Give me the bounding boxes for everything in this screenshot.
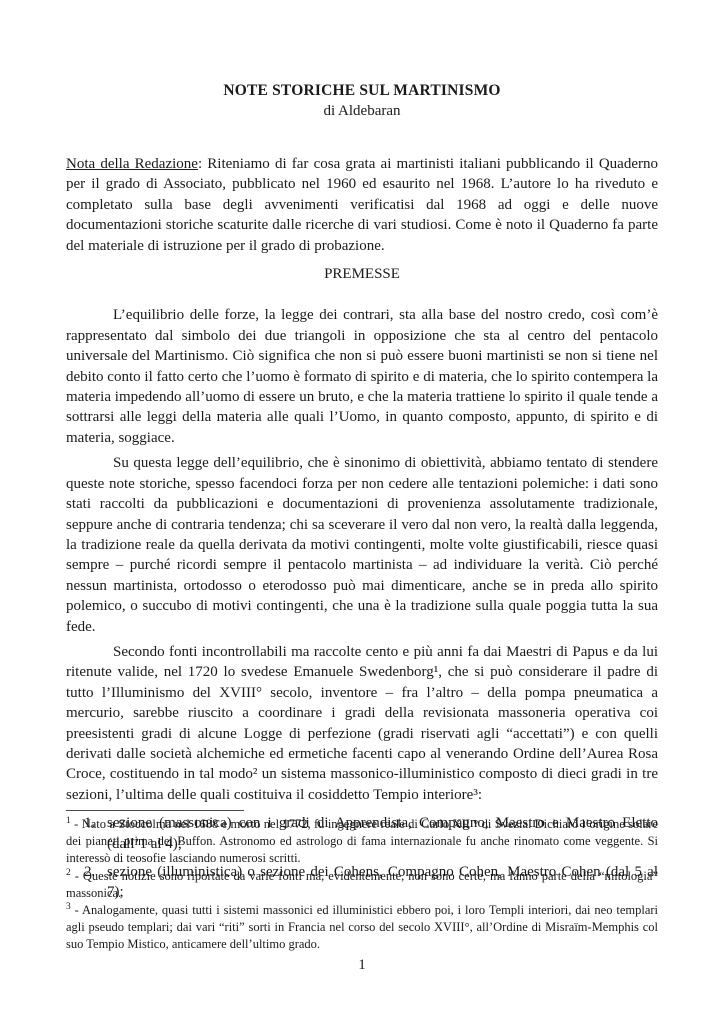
paragraph-legge-equilibrio: Su questa legge dell’equilibrio, che è s… [66, 453, 658, 637]
footnote-text: - Nato a Stoccolma nel 1688 e morto nel … [66, 817, 658, 865]
footnotes-section: 1 - Nato a Stoccolma nel 1688 e morto ne… [66, 810, 658, 954]
footnote-text: - Analogamente, quasi tutti i sistemi ma… [66, 903, 658, 951]
footnote: 2 - Queste notizie sono riportate da var… [66, 868, 658, 902]
footnote-marker: 1 [66, 816, 71, 826]
page-number: 1 [0, 955, 724, 975]
document-byline: di Aldebaran [66, 101, 658, 121]
footnote: 1 - Nato a Stoccolma nel 1688 e morto ne… [66, 816, 658, 868]
footnote-separator [66, 810, 244, 811]
paragraph-fonti-swedenborg: Secondo fonti incontrollabili ma raccolt… [66, 642, 658, 805]
document-title: NOTE STORICHE SUL MARTINISMO [66, 81, 658, 101]
footnote-marker: 2 [66, 867, 71, 877]
editorial-note: Nota della Redazione: Riteniamo di far c… [66, 154, 658, 256]
document-page: NOTE STORICHE SUL MARTINISMO di Aldebara… [0, 0, 724, 1024]
editorial-note-lead: Nota della Redazione [66, 156, 198, 172]
footnote: 3 - Analogamente, quasi tutti i sistemi … [66, 902, 658, 954]
paragraph-equilibrio: L’equilibrio delle forze, la legge dei c… [66, 305, 658, 448]
footnote-marker: 3 [66, 902, 71, 912]
section-heading-premesse: PREMESSE [66, 264, 658, 284]
footnote-text: - Queste notizie sono riportate da varie… [66, 869, 658, 900]
